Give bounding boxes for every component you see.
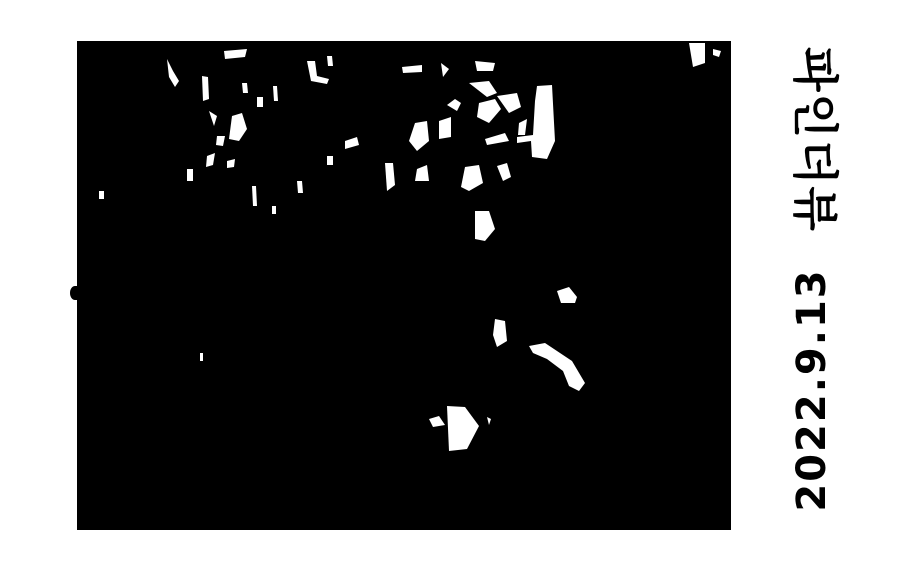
- handwritten-title: 파인더뷰: [785, 47, 851, 233]
- edge-mark: [70, 286, 80, 300]
- handwritten-date: 2022.9.13: [789, 268, 835, 511]
- photo-highlights: [77, 41, 731, 530]
- photo: [77, 41, 731, 530]
